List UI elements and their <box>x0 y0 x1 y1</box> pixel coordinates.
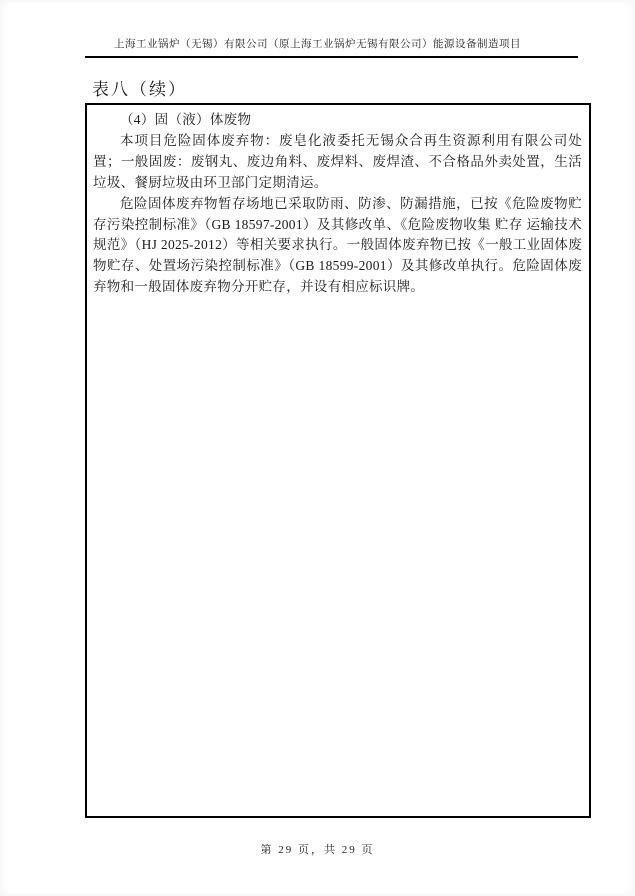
document-page: 上海工业锅炉（无锡）有限公司（原上海工业锅炉无锡有限公司）能源设备制造项目 表八… <box>0 0 635 896</box>
paragraph-storage-standards: 危险固体废弃物暂存场地已采取防雨、防渗、防漏措施，已按《危险废物贮存污染控制标准… <box>93 194 582 299</box>
section-heading: （4）固（液）体废物 <box>93 110 582 131</box>
content-box: （4）固（液）体废物 本项目危险固体废弃物：废皂化液委托无锡众合再生资源利用有限… <box>85 103 591 818</box>
paragraph-waste-disposal: 本项目危险固体废弃物：废皂化液委托无锡众合再生资源利用有限公司处置；一般固废：废… <box>93 131 582 194</box>
page-number-footer: 第 29 页，共 29 页 <box>0 841 635 857</box>
header-divider <box>85 56 578 58</box>
table-title: 表八（续） <box>92 75 187 100</box>
page-header-title: 上海工业锅炉（无锡）有限公司（原上海工业锅炉无锡有限公司）能源设备制造项目 <box>0 36 635 51</box>
